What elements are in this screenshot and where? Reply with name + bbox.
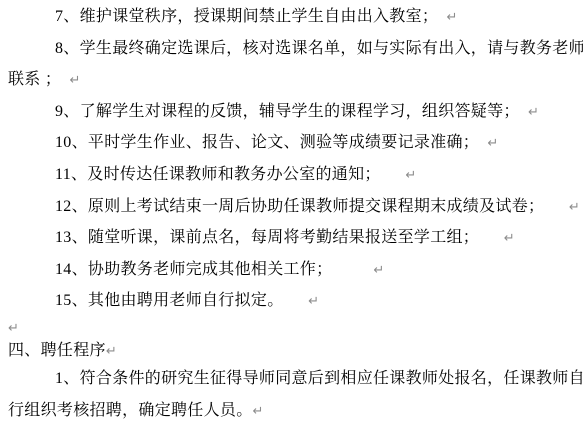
paragraph-mark-icon: ↵ [70, 73, 81, 88]
text-line[interactable]: 四、聘任程序↵ [8, 338, 575, 363]
text-run: 联系 ； [8, 71, 70, 88]
text-line[interactable]: 15、其他由聘用老师自行拟定。 ↵ [8, 285, 575, 317]
paragraph-mark-icon: ↵ [569, 200, 580, 215]
text-line[interactable]: 7、维护课堂秩序，授课期间禁止学生自由出入教室； ↵ [8, 1, 575, 33]
text-line[interactable]: 9、了解学生对课程的反馈，辅导学生的课程学习，组织答疑等； ↵ [8, 96, 575, 128]
text-run: 7、维护课堂秩序，授课期间禁止学生自由出入教室； [55, 8, 447, 25]
paragraph-mark-icon: ↵ [504, 231, 515, 246]
text-line[interactable]: 12、原则上考试结束一周后协助任课教师提交课程期末成绩及试卷； ↵ [8, 191, 575, 223]
text-run: 11、及时传达任课教师和教务办公室的通知； [55, 166, 405, 183]
paragraph-mark-icon: ↵ [106, 344, 117, 359]
paragraph-mark-icon: ↵ [8, 321, 19, 336]
text-line[interactable]: 1、符合条件的研究生征得导师同意后到相应任课教师处报名，任课教师自 [8, 363, 575, 395]
text-line[interactable]: 8、学生最终确定选课后，核对选课名单，如与实际有出入，请与教务老师 [8, 33, 575, 65]
paragraph-mark-icon: ↵ [447, 10, 458, 25]
text-line[interactable]: ↵ [8, 317, 575, 338]
text-run: 14、协助教务老师完成其他相关工作； [55, 261, 373, 278]
document-page[interactable]: 7、维护课堂秩序，授课期间禁止学生自由出入教室； ↵8、学生最终确定选课后，核对… [0, 0, 583, 423]
text-line[interactable]: 13、随堂听课，课前点名，每周将考勤结果报送至学工组； ↵ [8, 222, 575, 254]
text-line[interactable]: 10、平时学生作业、报告、论文、测验等成绩要记录准确； ↵ [8, 127, 575, 159]
text-line[interactable]: 14、协助教务老师完成其他相关工作； ↵ [8, 254, 575, 286]
paragraph-mark-icon: ↵ [405, 168, 416, 183]
text-run: 8、学生最终确定选课后，核对选课名单，如与实际有出入，请与教务老师 [55, 40, 583, 57]
paragraph-mark-icon: ↵ [373, 263, 384, 278]
text-run: 行组织考核招聘，确定聘任人员。 [8, 402, 253, 419]
text-line[interactable]: 联系 ； ↵ [8, 64, 575, 96]
text-run: 10、平时学生作业、报告、论文、测验等成绩要记录准确； [55, 134, 487, 151]
text-run: 15、其他由聘用老师自行拟定。 [55, 292, 308, 309]
text-run: 12、原则上考试结束一周后协助任课教师提交课程期末成绩及试卷； [55, 198, 569, 215]
paragraph-mark-icon: ↵ [528, 105, 539, 120]
paragraph-mark-icon: ↵ [487, 136, 498, 151]
text-run: 1、符合条件的研究生征得导师同意后到相应任课教师处报名，任课教师自 [55, 370, 583, 387]
text-run: 四、聘任程序 [8, 342, 106, 359]
paragraph-mark-icon: ↵ [308, 294, 319, 309]
paragraph-mark-icon: ↵ [253, 404, 264, 419]
text-line[interactable]: 行组织考核招聘，确定聘任人员。↵ [8, 395, 575, 423]
text-run: 9、了解学生对课程的反馈，辅导学生的课程学习，组织答疑等； [55, 103, 528, 120]
text-run: 13、随堂听课，课前点名，每周将考勤结果报送至学工组； [55, 229, 504, 246]
text-line[interactable]: 11、及时传达任课教师和教务办公室的通知； ↵ [8, 159, 575, 191]
